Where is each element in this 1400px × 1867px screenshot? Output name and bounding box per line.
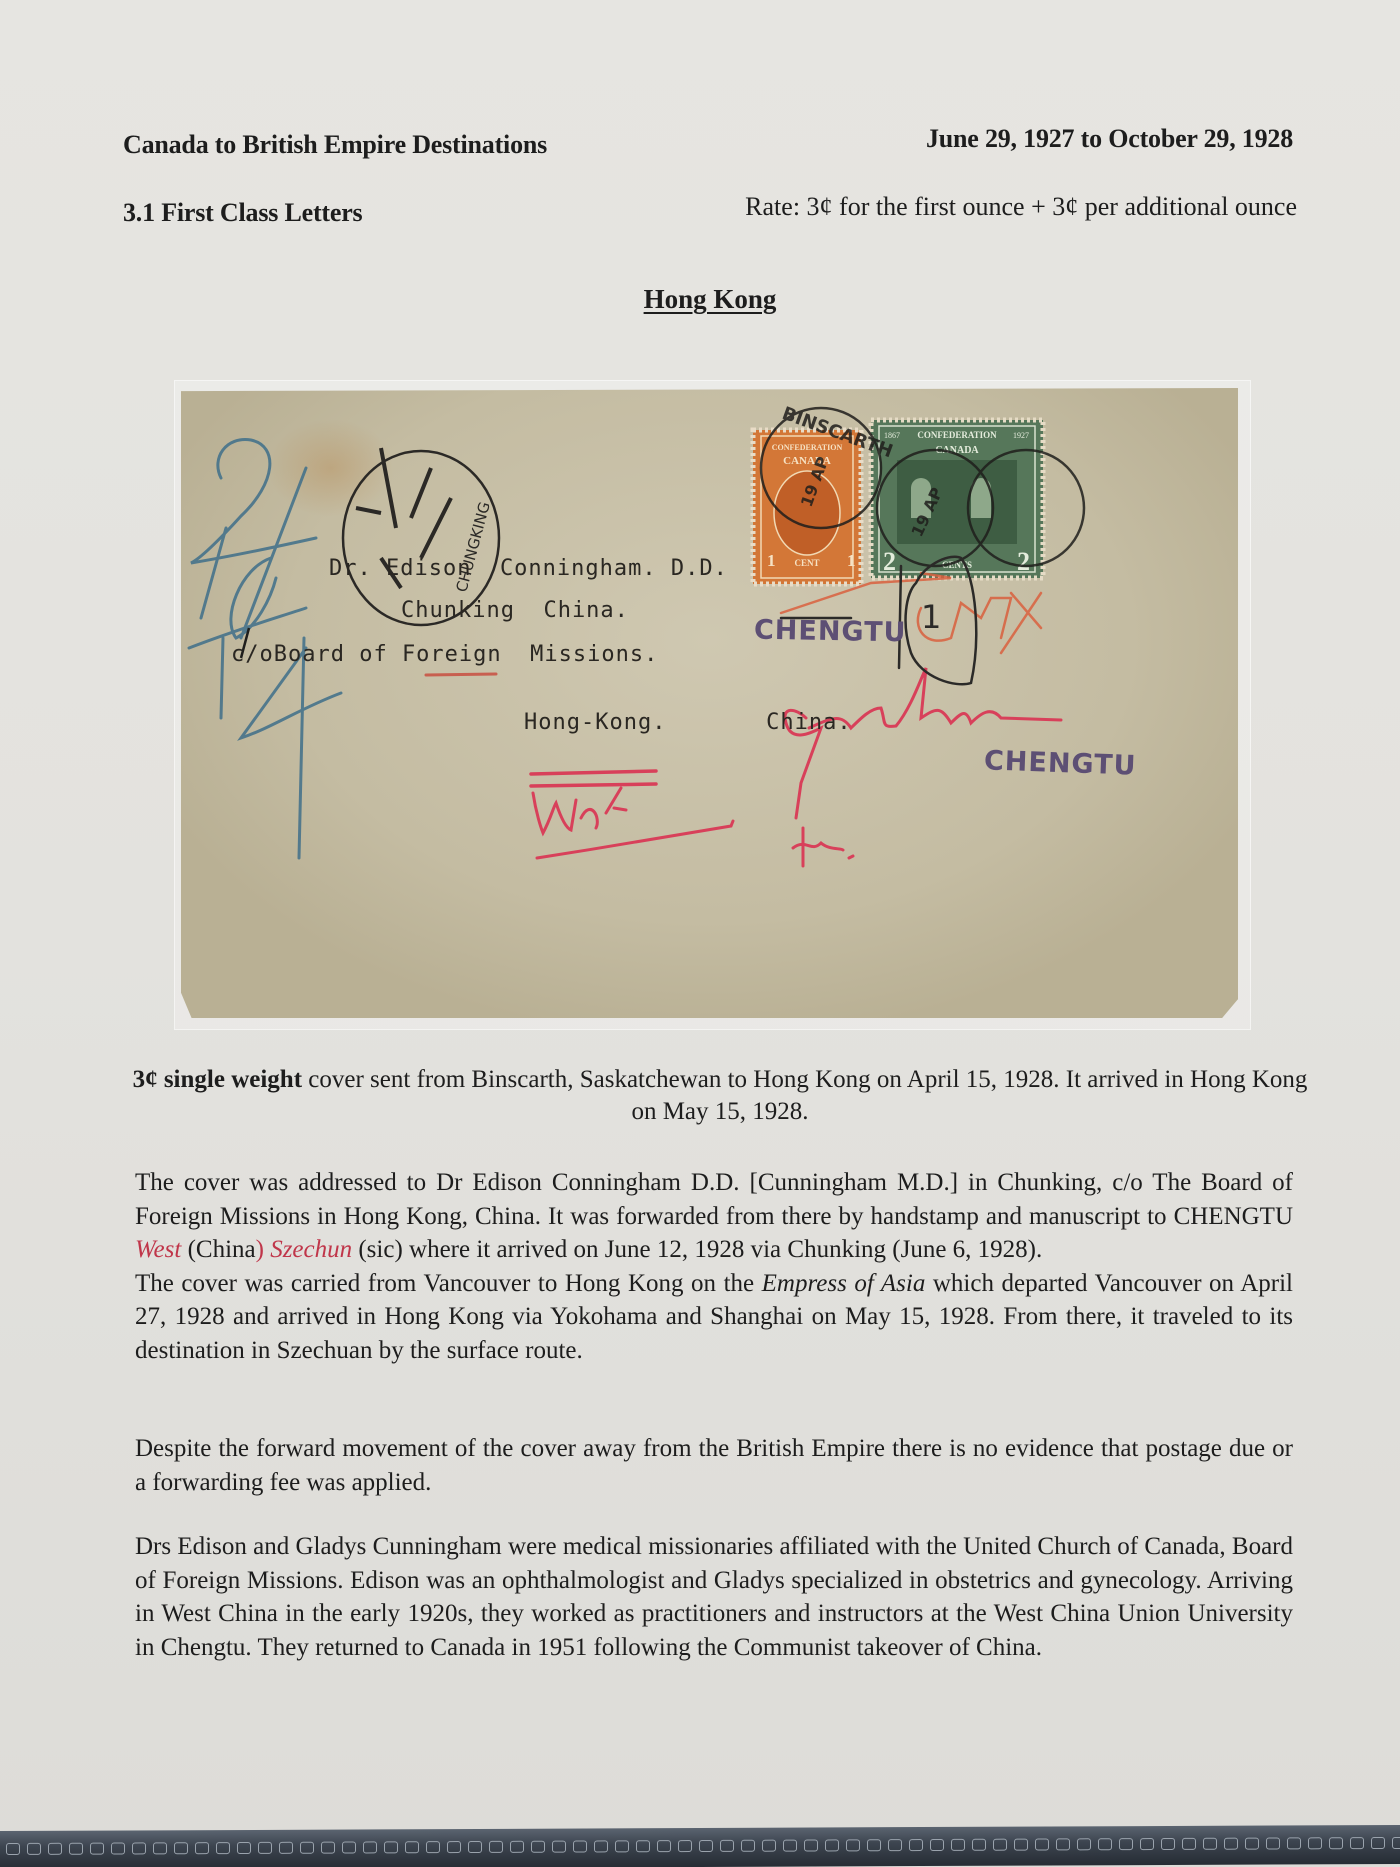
binding-hole bbox=[867, 1839, 881, 1851]
subsection-title: 3.1 First Class Letters bbox=[123, 198, 362, 228]
binding-hole bbox=[1161, 1838, 1175, 1850]
binding-hole bbox=[468, 1841, 482, 1853]
binding-hole bbox=[321, 1842, 335, 1854]
envelope-markings: CHUNGKING CONFEDERATION CANADA 1 1 CENT … bbox=[181, 388, 1238, 1018]
binding-hole bbox=[1035, 1838, 1049, 1850]
svg-text:1: 1 bbox=[921, 598, 941, 636]
binding-hole bbox=[615, 1840, 629, 1852]
binding-hole bbox=[153, 1842, 167, 1854]
binding-hole bbox=[888, 1839, 902, 1851]
binding-hole bbox=[1014, 1839, 1028, 1851]
destination-heading: Hong Kong bbox=[0, 284, 1400, 315]
binding-hole bbox=[678, 1840, 692, 1852]
cover-display: CHUNGKING CONFEDERATION CANADA 1 1 CENT … bbox=[174, 380, 1249, 1028]
binding-hole bbox=[1287, 1837, 1301, 1849]
binding-hole bbox=[48, 1843, 62, 1855]
binding-hole bbox=[363, 1841, 377, 1853]
binding-hole bbox=[1056, 1838, 1070, 1850]
binding-hole bbox=[1119, 1838, 1133, 1850]
chengtu-handstamp-1: CHENGTU bbox=[754, 615, 907, 649]
binding-hole bbox=[111, 1843, 125, 1855]
binding-hole bbox=[699, 1840, 713, 1852]
binding-hole bbox=[132, 1842, 146, 1854]
binding-hole bbox=[972, 1839, 986, 1851]
binding-hole bbox=[1350, 1837, 1364, 1849]
p1-ship-name: Empress of Asia bbox=[762, 1270, 926, 1297]
caption-weight: 3¢ single weight bbox=[133, 1066, 302, 1093]
p1-text-c: The cover was carried from Vancouver to … bbox=[135, 1270, 762, 1297]
svg-text:2: 2 bbox=[883, 547, 896, 576]
paragraph-biography: Drs Edison and Gladys Cunningham were me… bbox=[135, 1530, 1293, 1664]
address-line-2: Chunking China. bbox=[401, 598, 629, 623]
svg-text:1: 1 bbox=[767, 551, 776, 570]
binding-hole bbox=[1329, 1837, 1343, 1849]
binding-hole bbox=[1098, 1838, 1112, 1850]
binding-hole bbox=[1077, 1838, 1091, 1850]
p1-text-b: (sic) where it arrived on June 12, 1928 … bbox=[352, 1236, 1042, 1263]
binding-hole bbox=[195, 1842, 209, 1854]
binding-hole bbox=[489, 1841, 503, 1853]
svg-text:1: 1 bbox=[847, 551, 856, 570]
binding-hole bbox=[1245, 1838, 1259, 1850]
binding-hole bbox=[1308, 1837, 1322, 1849]
p1-text-a: The cover was addressed to Dr Edison Con… bbox=[135, 1169, 1293, 1230]
svg-text:2: 2 bbox=[1017, 547, 1030, 576]
binding-hole bbox=[1182, 1838, 1196, 1850]
chengtu-handstamp-2: CHENGTU bbox=[984, 745, 1137, 781]
binding-hole bbox=[237, 1842, 251, 1854]
p1-west: West bbox=[135, 1236, 181, 1263]
date-range: June 29, 1927 to October 29, 1928 bbox=[926, 124, 1293, 154]
p1-szechun: Szechun bbox=[264, 1236, 352, 1263]
binding-hole bbox=[174, 1842, 188, 1854]
binding-hole bbox=[1392, 1837, 1400, 1849]
binding-hole bbox=[1224, 1838, 1238, 1850]
binding-hole bbox=[384, 1841, 398, 1853]
paragraph-postage-due: Despite the forward movement of the cove… bbox=[135, 1432, 1293, 1499]
svg-text:CONFEDERATION: CONFEDERATION bbox=[772, 443, 843, 452]
manuscript-red-markings bbox=[426, 668, 1061, 866]
binding-hole bbox=[426, 1841, 440, 1853]
envelope-cover: CHUNGKING CONFEDERATION CANADA 1 1 CENT … bbox=[181, 388, 1238, 1018]
two-cent-stamp: CONFEDERATION 1867 1927 CANADA 2 2 CENTS bbox=[871, 420, 1043, 578]
paragraph-routing: The cover was addressed to Dr Edison Con… bbox=[135, 1166, 1293, 1367]
binding-hole bbox=[741, 1840, 755, 1852]
binding-hole bbox=[510, 1841, 524, 1853]
binding-hole bbox=[804, 1839, 818, 1851]
binding-hole bbox=[531, 1841, 545, 1853]
address-line-3: c/oBoard of Foreign Missions. bbox=[231, 642, 658, 667]
binding-hole bbox=[720, 1840, 734, 1852]
p1-china: (China bbox=[181, 1236, 255, 1263]
binding-hole bbox=[573, 1840, 587, 1852]
svg-text:CENT: CENT bbox=[794, 558, 819, 568]
binding-hole bbox=[69, 1843, 83, 1855]
sheet-protector-binding bbox=[0, 1825, 1400, 1867]
binding-hole bbox=[594, 1840, 608, 1852]
binding-hole bbox=[27, 1843, 41, 1855]
binding-hole bbox=[993, 1839, 1007, 1851]
binding-hole bbox=[636, 1840, 650, 1852]
binding-holes bbox=[6, 1837, 1400, 1855]
section-title: Canada to British Empire Destinations bbox=[123, 130, 547, 160]
binding-hole bbox=[552, 1841, 566, 1853]
binding-hole bbox=[300, 1842, 314, 1854]
binding-hole bbox=[1140, 1838, 1154, 1850]
binding-hole bbox=[762, 1840, 776, 1852]
binding-hole bbox=[258, 1842, 272, 1854]
binding-hole bbox=[783, 1840, 797, 1852]
svg-text:1927: 1927 bbox=[1013, 431, 1029, 440]
address-line-4: Hong-Kong. China. bbox=[524, 710, 852, 735]
binding-hole bbox=[405, 1841, 419, 1853]
cover-caption: 3¢ single weight cover sent from Binscar… bbox=[130, 1064, 1310, 1128]
binding-hole bbox=[6, 1843, 20, 1855]
binding-hole bbox=[342, 1842, 356, 1854]
binding-hole bbox=[1266, 1837, 1280, 1849]
postal-rate: Rate: 3¢ for the first ounce + 3¢ per ad… bbox=[745, 192, 1297, 222]
binding-hole bbox=[279, 1842, 293, 1854]
binding-hole bbox=[1203, 1838, 1217, 1850]
binding-hole bbox=[825, 1839, 839, 1851]
binding-hole bbox=[657, 1840, 671, 1852]
binding-hole bbox=[216, 1842, 230, 1854]
binding-hole bbox=[846, 1839, 860, 1851]
svg-text:CONFEDERATION: CONFEDERATION bbox=[917, 430, 997, 440]
address-line-1: Dr. Edison Conningham. D.D. bbox=[329, 556, 728, 581]
caption-text: cover sent from Binscarth, Saskatchewan … bbox=[302, 1066, 1307, 1125]
binding-hole bbox=[447, 1841, 461, 1853]
binding-hole bbox=[951, 1839, 965, 1851]
binding-hole bbox=[90, 1843, 104, 1855]
binding-hole bbox=[909, 1839, 923, 1851]
p1-paren: ) bbox=[256, 1236, 264, 1263]
binding-hole bbox=[930, 1839, 944, 1851]
binding-hole bbox=[1371, 1837, 1385, 1849]
